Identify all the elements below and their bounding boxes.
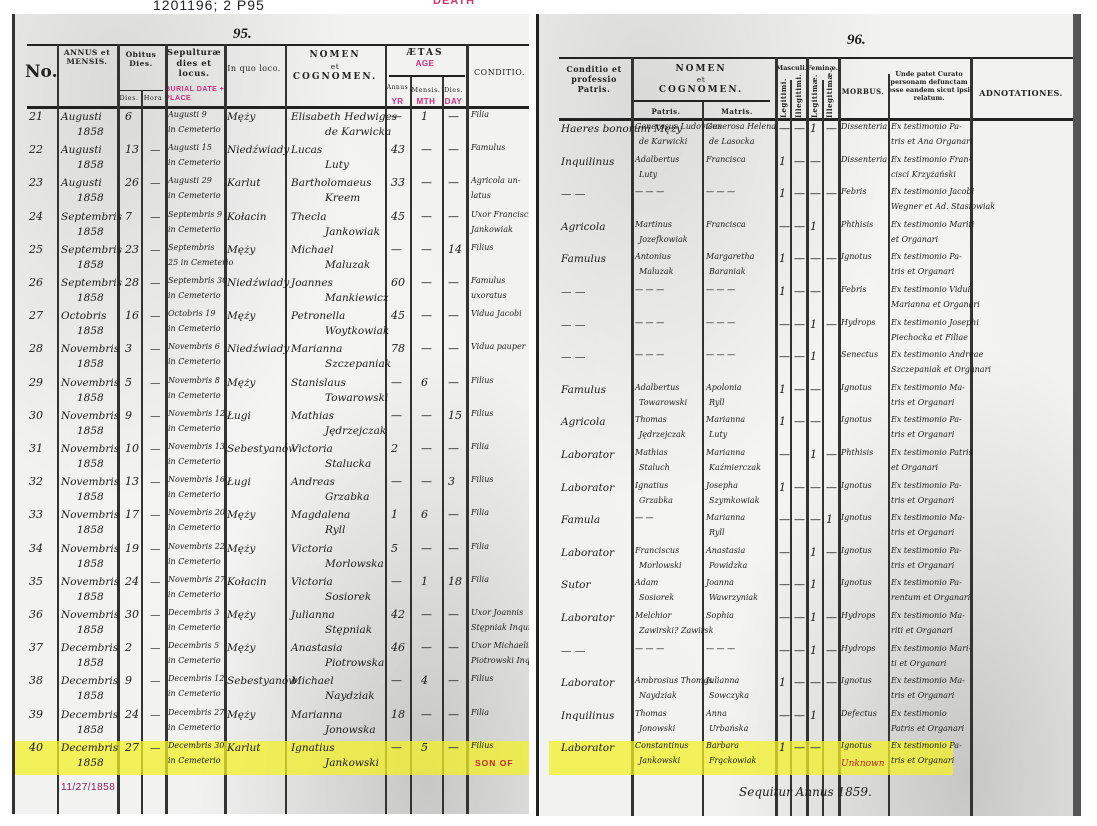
table-row: LaboratorAmbrosius ThomasNaydziakJuliann… bbox=[539, 676, 1073, 710]
cell-unde2: tris et Organari bbox=[891, 756, 954, 767]
column-header-unde-patet: Unde patet Curato personam defunctam ess… bbox=[888, 70, 970, 103]
cell-mi: — bbox=[794, 513, 805, 528]
cell-pater2: Zawirski? Zawirsk bbox=[639, 626, 713, 637]
cell-burial-place: in Cemeterio bbox=[168, 689, 221, 700]
cell-unde: Ex testimonio Andreae bbox=[891, 350, 983, 361]
cell-unde: Ex testimonio Ma- bbox=[891, 513, 965, 524]
cell-mater: Margaretha bbox=[706, 252, 754, 263]
cell-no: 35 bbox=[29, 575, 43, 590]
cell-death-day: 26 bbox=[125, 176, 139, 191]
table-row: — —— — —— — ———1—HydropsEx testimonio Ma… bbox=[539, 644, 1073, 678]
cell-month: Decembris bbox=[61, 674, 118, 688]
cell-fl: 1 bbox=[810, 350, 817, 365]
cell-unde: Ex testimonio Pa- bbox=[891, 741, 962, 752]
cell-pater2: Morlowski bbox=[639, 561, 682, 572]
cell-cond: Laborator bbox=[561, 546, 614, 560]
cell-burial: Novembris 20 bbox=[168, 508, 225, 519]
table-row: — —— — —— — ———1SenectusEx testimonio An… bbox=[539, 350, 1073, 384]
cell-hora: — bbox=[150, 409, 161, 423]
cell-day: 3 bbox=[448, 475, 455, 490]
cell-hora: — bbox=[150, 608, 161, 622]
cell-yr: — bbox=[391, 475, 402, 490]
cell-burial: Novembris 22 bbox=[168, 542, 225, 553]
cell-yr: 42 bbox=[391, 608, 405, 623]
header-top-rule bbox=[27, 44, 529, 46]
cell-no: 26 bbox=[29, 276, 43, 291]
cell-burial-place: in Cemeterio bbox=[168, 557, 221, 568]
cell-death-day: 17 bbox=[125, 508, 139, 523]
cell-yr: — bbox=[391, 741, 402, 756]
table-row: InquilinusThomasJonowskiAnnaUrbańska——1D… bbox=[539, 709, 1073, 743]
cell-day: — bbox=[448, 708, 459, 723]
cell-pater: — — — bbox=[635, 350, 664, 361]
cell-no: 30 bbox=[29, 409, 43, 424]
cell-mi: — bbox=[794, 318, 805, 333]
cell-unde: Ex testimonio Pa- bbox=[891, 252, 962, 263]
cell-burial-place: in Cemeterio bbox=[168, 357, 221, 368]
cell-yr: — bbox=[391, 110, 402, 125]
cell-last: Maluzak bbox=[325, 258, 370, 272]
cell-morbus: Ignotus bbox=[841, 676, 872, 687]
column-header-obitus-hora: Hora bbox=[141, 94, 165, 102]
cell-pater2: de Karwicki bbox=[639, 137, 687, 148]
column-header-annus-mensis: ANNUS et MENSIS. bbox=[57, 48, 117, 67]
cell-no: 23 bbox=[29, 176, 43, 191]
cell-burial-place: in Cemeterio bbox=[168, 623, 221, 634]
cell-pater: Adalbertus bbox=[635, 155, 679, 166]
cell-morbus: Ignotus bbox=[841, 252, 872, 263]
cell-day: — bbox=[448, 442, 459, 457]
cell-morbus: Ignotus bbox=[841, 741, 872, 752]
cell-cond: Filius bbox=[471, 376, 493, 387]
cell-first: Elisabeth Hedwiges bbox=[291, 110, 397, 124]
column-header-conditio-patris: Conditio et professio Patris. bbox=[559, 64, 629, 94]
cell-fi: 1 bbox=[826, 513, 833, 528]
cell-last: Szczepaniak bbox=[325, 357, 391, 371]
cell-last: Jankowiak bbox=[325, 225, 380, 239]
cell-year: 1858 bbox=[77, 324, 104, 338]
cell-year: 1858 bbox=[77, 125, 104, 139]
cell-pater: — — — bbox=[635, 644, 664, 655]
cell-no: 39 bbox=[29, 708, 43, 723]
cell-last: Grzabka bbox=[325, 490, 370, 504]
cell-unde2: tris et Organari bbox=[891, 430, 954, 441]
cell-month: Octobris bbox=[61, 309, 107, 323]
cell-mater: Anastasia bbox=[706, 546, 745, 557]
cell-year: 1858 bbox=[77, 656, 104, 670]
column-header-obitus-dies: Dies. bbox=[117, 94, 141, 102]
cell-pater2: Luty bbox=[639, 170, 657, 181]
cell-unde2: et Organari bbox=[891, 235, 938, 246]
cell-burial-place: in Cemeterio bbox=[168, 424, 221, 435]
cell-burial-place: in Cemeterio bbox=[168, 125, 221, 136]
header-bottom-rule bbox=[559, 118, 1073, 121]
cell-hora: — bbox=[150, 674, 161, 688]
cell-yr: 45 bbox=[391, 309, 405, 324]
cell-no: 34 bbox=[29, 542, 43, 557]
cell-mth: 1 bbox=[421, 110, 428, 125]
cell-death-day: 13 bbox=[125, 475, 139, 490]
table-row: InquilinusAdalbertusLutyFrancisca1——Diss… bbox=[539, 155, 1073, 189]
cell-death-day: 27 bbox=[125, 741, 139, 756]
cell-pater: Antonius bbox=[635, 252, 671, 263]
cell-cond: Uxor Michaelis bbox=[471, 641, 529, 652]
cell-death-day: 24 bbox=[125, 575, 139, 590]
table-row: 37Decembris18582—Decembris 5in Cemeterio… bbox=[15, 641, 529, 675]
cell-no: 25 bbox=[29, 243, 43, 258]
cell-place: Niedźwiady bbox=[227, 143, 289, 157]
cell-mth: — bbox=[421, 442, 432, 457]
cell-cond: — — bbox=[561, 285, 585, 299]
column-header-cognomen: COGNOMEN. bbox=[631, 85, 771, 96]
cell-cond: Agricola bbox=[561, 415, 606, 429]
cell-ml: 1 bbox=[779, 252, 786, 267]
cell-no: 38 bbox=[29, 674, 43, 689]
cell-unde: Ex testimonio Mari- bbox=[891, 644, 971, 655]
cell-yr: — bbox=[391, 575, 402, 590]
table-row: Haeres bonorum MężyGenerosus Ludovicusde… bbox=[539, 122, 1073, 156]
column-header-obitus: Obitus Dies. bbox=[117, 50, 165, 69]
cell-year: 1858 bbox=[77, 723, 104, 737]
cell-burial-place: in Cemeterio bbox=[168, 391, 221, 402]
table-row: 36Novembris185830—Decembris 3in Cemeteri… bbox=[15, 608, 529, 642]
cell-last: Stalucka bbox=[325, 457, 371, 471]
cell-cond: Laborator bbox=[561, 741, 614, 755]
cell-mth: — bbox=[421, 176, 432, 191]
cell-cond: Inquilinus bbox=[561, 155, 614, 169]
cell-unde: Ex testimonio Pa- bbox=[891, 481, 962, 492]
cell-month: Decembris bbox=[61, 741, 118, 755]
column-header-sepulturae: Sepulturæ dies et locus. bbox=[165, 48, 223, 80]
cell-yr: 78 bbox=[391, 342, 405, 357]
cell-unde: Ex testimonio Fran- bbox=[891, 155, 971, 166]
cell-mater2: Szymkowiak bbox=[709, 496, 760, 507]
yr-annotation: YR bbox=[385, 97, 410, 107]
cell-mater: — — — bbox=[706, 350, 735, 361]
cell-unde: Ex testimonio Pa- bbox=[891, 578, 962, 589]
cell-year: 1858 bbox=[77, 590, 104, 604]
cell-hora: — bbox=[150, 475, 161, 489]
cell-fl: 1 bbox=[810, 709, 817, 724]
cell-year: 1858 bbox=[77, 689, 104, 703]
cell-fl: 1 bbox=[810, 611, 817, 626]
cell-yr: 60 bbox=[391, 276, 405, 291]
cell-first: Marianna bbox=[291, 342, 342, 356]
cell-unde: Ex testimonio Ma- bbox=[891, 611, 965, 622]
cell-pater: Thomas bbox=[635, 709, 667, 720]
cell-morbus: Febris bbox=[841, 285, 866, 296]
cell-mater: — — — bbox=[706, 318, 735, 329]
cell-day: — bbox=[448, 176, 459, 191]
cell-fi: — bbox=[826, 611, 837, 626]
cell-mater: — — — bbox=[706, 187, 735, 198]
cell-ml: 1 bbox=[779, 187, 786, 202]
cell-mth: 6 bbox=[421, 508, 428, 523]
cell-mater: — — — bbox=[706, 644, 735, 655]
film-reference-note: 1201196; 2 P95 bbox=[153, 0, 265, 13]
cell-unde2: Patris et Organari bbox=[891, 724, 964, 735]
cell-burial-place: in Cemeterio bbox=[168, 291, 221, 302]
cell-place: Niedźwiady bbox=[227, 342, 289, 356]
cell-year: 1858 bbox=[77, 258, 104, 272]
cell-ml: — bbox=[779, 448, 790, 463]
cell-fi: — bbox=[826, 546, 837, 561]
cell-no: 29 bbox=[29, 376, 43, 391]
cell-cond: Laborator bbox=[561, 448, 614, 462]
cell-mi: — bbox=[794, 578, 805, 593]
cell-hora: — bbox=[150, 176, 161, 190]
cell-cond: Filius bbox=[471, 475, 493, 486]
cell-pater2: Towarowski bbox=[639, 398, 687, 409]
cell-mi: — bbox=[794, 415, 805, 430]
cell-year: 1858 bbox=[77, 623, 104, 637]
cell-place: Męży bbox=[227, 542, 255, 556]
cell-fl: 1 bbox=[810, 546, 817, 561]
column-header-nomen: NOMEN bbox=[285, 50, 385, 61]
cell-mi: — bbox=[794, 350, 805, 365]
cell-pater: Franciscus bbox=[635, 546, 679, 557]
cell-first: Stanislaus bbox=[291, 376, 346, 390]
cell-year: 1858 bbox=[77, 191, 104, 205]
cell-morbus: Senectus bbox=[841, 350, 878, 361]
cell-ml: — bbox=[779, 611, 790, 626]
cell-fl: — bbox=[810, 741, 821, 756]
cell-burial-place: in Cemeterio bbox=[168, 457, 221, 468]
table-row: — —— — —— — —1———FebrisEx testimonio Jac… bbox=[539, 187, 1073, 221]
cell-death-day: 9 bbox=[125, 674, 132, 689]
column-header-dies: Dies. bbox=[442, 86, 465, 94]
cell-place: Męży bbox=[227, 608, 255, 622]
cell-no: 31 bbox=[29, 442, 43, 457]
cell-cond2: Piotrowski Inquil. bbox=[471, 656, 529, 667]
cell-month: Augusti bbox=[61, 110, 102, 124]
cell-unde2: riti et Organari bbox=[891, 626, 953, 637]
cell-unde2: tris et Organari bbox=[891, 691, 954, 702]
cell-first: Mathias bbox=[291, 409, 334, 423]
cell-hora: — bbox=[150, 641, 161, 655]
cell-first: Lucas bbox=[291, 143, 322, 157]
table-row: AgricolaThomasJędrzejczakMariannaLuty1——… bbox=[539, 415, 1073, 449]
cell-death-day: 23 bbox=[125, 243, 139, 258]
cell-morbus: Ignotus bbox=[841, 578, 872, 589]
cell-burial: Decembris 12 bbox=[168, 674, 224, 685]
column-header-annus: Annus bbox=[385, 84, 410, 92]
cell-year: 1858 bbox=[77, 490, 104, 504]
cell-year: 1858 bbox=[77, 523, 104, 537]
cell-cond: — — bbox=[561, 187, 585, 201]
cell-mth: — bbox=[421, 309, 432, 324]
cell-pater: Ignatius bbox=[635, 481, 668, 492]
cell-year: 1858 bbox=[77, 424, 104, 438]
cell-cond: Famula bbox=[561, 513, 600, 527]
cell-ml: — bbox=[779, 578, 790, 593]
cell-mater2: Urbańska bbox=[709, 724, 748, 735]
age-annotation: AGE bbox=[385, 59, 465, 69]
column-header-et: et bbox=[285, 62, 385, 71]
cell-fl: — bbox=[810, 513, 821, 528]
cell-mater: Josepha bbox=[706, 481, 738, 492]
column-header-masculi: Masculi. bbox=[776, 64, 806, 72]
cell-year: 1858 bbox=[77, 756, 104, 770]
table-row: 30Novembris18589—Novembris 12in Cemeteri… bbox=[15, 409, 529, 443]
cell-unde: Ex testimonio Ma- bbox=[891, 676, 965, 687]
cell-month: Decembris bbox=[61, 708, 118, 722]
cell-cond2: Jankowiak bbox=[471, 225, 513, 236]
cell-fl: — bbox=[810, 415, 821, 430]
column-header-illegitimi: Illegitimi. bbox=[795, 82, 804, 118]
cell-month: Augusti bbox=[61, 143, 102, 157]
cell-burial-place: in Cemeterio bbox=[168, 723, 221, 734]
cell-last: Towarowski bbox=[325, 391, 388, 405]
register-page-left: 95. No. ANNUS et MENSIS. Obitus Dies. Di… bbox=[12, 14, 529, 814]
column-header-matris: Matris. bbox=[702, 108, 772, 117]
cell-mth: 6 bbox=[421, 376, 428, 391]
cell-unde2: tris et Organari bbox=[891, 561, 954, 572]
cell-pater2: Jozefkowiak bbox=[639, 235, 688, 246]
cell-burial: Decembris 3 bbox=[168, 608, 219, 619]
cell-hora: — bbox=[150, 542, 161, 556]
cell-unde: Ex testimonio Pa- bbox=[891, 122, 962, 133]
cell-mi: — bbox=[794, 611, 805, 626]
cell-pater: Adalbertus bbox=[635, 383, 679, 394]
cell-death-day: 9 bbox=[125, 409, 132, 424]
cell-last: Luty bbox=[325, 158, 349, 172]
cell-ml: — bbox=[779, 220, 790, 235]
table-row: 32Novembris185813—Novembris 16in Cemeter… bbox=[15, 475, 529, 509]
cell-yr: 33 bbox=[391, 176, 405, 191]
cell-day: — bbox=[448, 741, 459, 756]
cell-cond2: uxoratus bbox=[471, 291, 507, 302]
cell-no: 28 bbox=[29, 342, 43, 357]
header-top-rule bbox=[559, 57, 1073, 59]
column-header-legitimae: Legitimæ. bbox=[811, 82, 820, 118]
cell-fi: — bbox=[826, 676, 837, 691]
cell-day: — bbox=[448, 674, 459, 689]
cell-burial: Decembris 27 bbox=[168, 708, 224, 719]
cell-hora: — bbox=[150, 210, 161, 224]
cell-mi: — bbox=[794, 383, 805, 398]
cell-yr: — bbox=[391, 674, 402, 689]
cell-fi: — bbox=[826, 481, 837, 496]
table-row: LaboratorMelchiorZawirski? ZawirskSophia… bbox=[539, 611, 1073, 645]
cell-death-day: 2 bbox=[125, 641, 132, 656]
cell-burial: Septembris 30 bbox=[168, 276, 227, 287]
table-row: FamulusAntoniusMaluzakMargarethaBaraniak… bbox=[539, 252, 1073, 286]
cell-month: Novembris bbox=[61, 608, 119, 622]
cell-pater2: Grzabka bbox=[639, 496, 673, 507]
cell-mater: Apolonia bbox=[706, 383, 742, 394]
cell-last: Sosiorek bbox=[325, 590, 371, 604]
table-row: 31Novembris185810—Novembris 13in Cemeter… bbox=[15, 442, 529, 476]
cell-burial: Augusti 29 bbox=[168, 176, 212, 187]
cell-no: 36 bbox=[29, 608, 43, 623]
cell-pater2: Jędrzejczak bbox=[639, 430, 686, 441]
column-header-cognomen: COGNOMEN. bbox=[285, 72, 385, 83]
day-annotation: DAY bbox=[442, 97, 465, 107]
cell-fi: — bbox=[826, 122, 837, 137]
cell-unde2: ti et Organari bbox=[891, 659, 946, 670]
cell-first: Bartholomaeus bbox=[291, 176, 372, 190]
cell-pater2: Staluch bbox=[639, 463, 670, 474]
cell-cond: Uxor Joannis bbox=[471, 608, 523, 619]
cell-hora: — bbox=[150, 342, 161, 356]
cell-last: Kreem bbox=[325, 191, 360, 205]
cell-last: Jankowski bbox=[325, 756, 379, 770]
cell-burial-place: 25 in Cemeterio bbox=[168, 258, 233, 269]
cell-cond2: latus bbox=[471, 191, 491, 202]
cell-ml: 1 bbox=[779, 741, 786, 756]
cell-first: Petronella bbox=[291, 309, 345, 323]
cell-month: Septembris bbox=[61, 276, 122, 290]
cell-death-day: 19 bbox=[125, 542, 139, 557]
cell-year: 1858 bbox=[77, 158, 104, 172]
cell-cond2: Stępniak Inquil. bbox=[471, 623, 529, 634]
cell-death-day: 30 bbox=[125, 608, 139, 623]
cell-burial: Augusti 9 bbox=[168, 110, 207, 121]
cell-yr: — bbox=[391, 409, 402, 424]
table-row: 39Decembris185824—Decembris 27in Cemeter… bbox=[15, 708, 529, 742]
cell-fl: 1 bbox=[810, 578, 817, 593]
cell-morbus: Ignotus bbox=[841, 481, 872, 492]
cell-yr: — bbox=[391, 243, 402, 258]
cell-pater: Melchior bbox=[635, 611, 671, 622]
cell-no: 37 bbox=[29, 641, 43, 656]
cell-cond: Agricola bbox=[561, 220, 606, 234]
cell-death-day: 13 bbox=[125, 143, 139, 158]
cell-fi: — bbox=[826, 448, 837, 463]
cell-mth: — bbox=[421, 276, 432, 291]
cell-day: — bbox=[448, 608, 459, 623]
cell-morbus: Dissenteria bbox=[841, 155, 887, 166]
cell-mi: — bbox=[794, 709, 805, 724]
cell-burial: Septembris bbox=[168, 243, 214, 254]
cell-place: Ługi bbox=[227, 475, 251, 489]
cell-unde2: Wegner et Ad. Stasiowiak bbox=[891, 202, 995, 213]
aetas-divider bbox=[389, 75, 465, 77]
cell-unde: Ex testimonio Jacobi bbox=[891, 187, 974, 198]
cell-burial: Novembris 6 bbox=[168, 342, 220, 353]
cell-cond: Filius bbox=[471, 741, 493, 752]
cell-unde2: tris et Organari bbox=[891, 267, 954, 278]
cell-mi: — bbox=[794, 155, 805, 170]
cell-month: Augusti bbox=[61, 176, 102, 190]
cell-burial-place: in Cemeterio bbox=[168, 225, 221, 236]
cell-last: Piotrowska bbox=[325, 656, 384, 670]
cell-fl: 1 bbox=[810, 448, 817, 463]
cell-mater2: Powidzka bbox=[709, 561, 747, 572]
cell-first: Andreas bbox=[291, 475, 335, 489]
cell-cond: Famulus bbox=[561, 252, 606, 266]
cell-burial-place: in Cemeterio bbox=[168, 756, 221, 767]
cell-mater: Francisca bbox=[706, 155, 746, 166]
cell-month: Novembris bbox=[61, 575, 119, 589]
cell-pater: Thomas bbox=[635, 415, 667, 426]
cell-ml: — bbox=[779, 122, 790, 137]
cell-fl: 1 bbox=[810, 644, 817, 659]
cell-burial-place: in Cemeterio bbox=[168, 490, 221, 501]
cell-place: Sebestyanów bbox=[227, 442, 297, 456]
table-row: 22Augusti185813—Augusti 15in CemeterioNi… bbox=[15, 143, 529, 177]
cell-last: Stępniak bbox=[325, 623, 372, 637]
table-row: — —— — —— — ———1—HydropsEx testimonio Jo… bbox=[539, 318, 1073, 352]
cell-ml: 1 bbox=[779, 415, 786, 430]
cell-mth: — bbox=[421, 143, 432, 158]
cell-cond: — — bbox=[561, 318, 585, 332]
cell-unde2: Marianna et Organari bbox=[891, 300, 980, 311]
table-row: 34Novembris185819—Novembris 22in Cemeter… bbox=[15, 542, 529, 576]
cell-burial: Novembris 27 bbox=[168, 575, 225, 586]
cell-mater2: Frąckowiak bbox=[709, 756, 756, 767]
